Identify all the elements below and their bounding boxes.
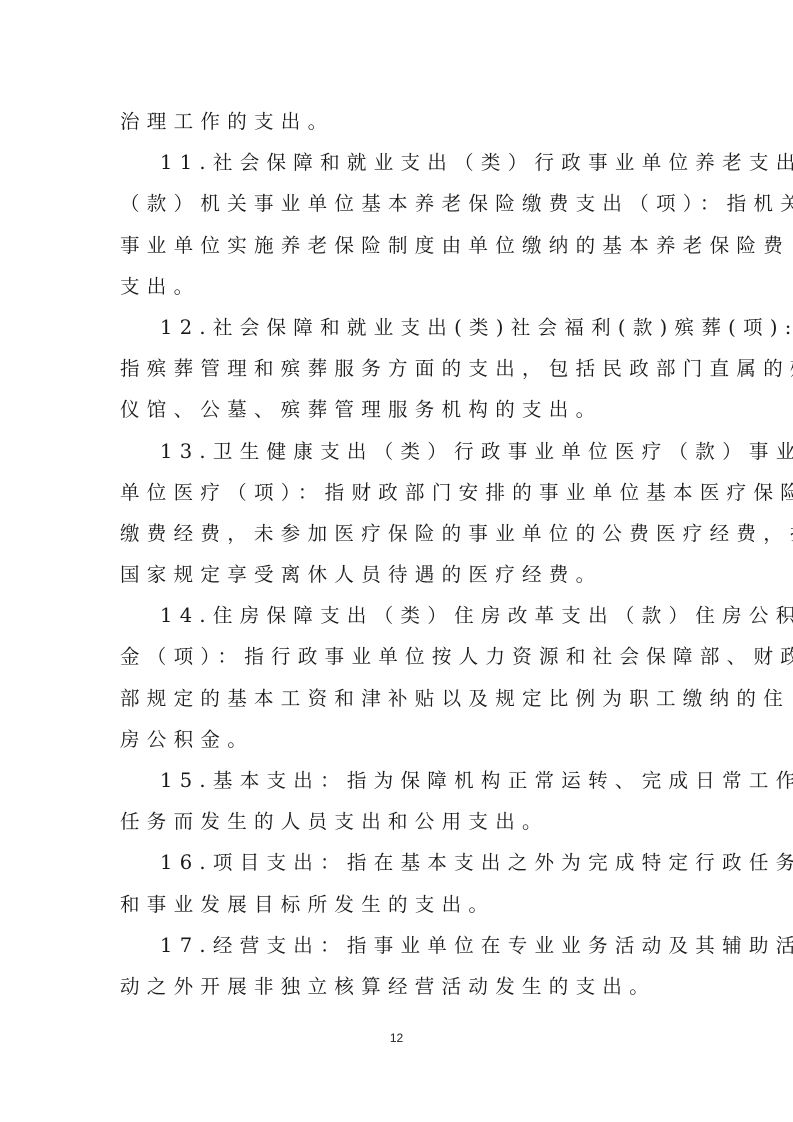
item-14-heading-line: 14.住房保障支出（类）住房改革支出（款）住房公积 — [120, 595, 676, 636]
item-15-heading-line: 15.基本支出：指为保障机构正常运转、完成日常工作 — [120, 760, 676, 801]
text-line: 动之外开展非独立核算经营活动发生的支出。 — [120, 966, 676, 1007]
item-13-heading-line: 13.卫生健康支出（类）行政事业单位医疗（款）事业 — [120, 431, 676, 472]
document-page: 治理工作的支出。 11.社会保障和就业支出（类）行政事业单位养老支出 （款）机关… — [0, 0, 793, 1122]
text-line: 金（项）：指行政事业单位按人力资源和社会保障部、财政 — [120, 636, 676, 677]
item-11-heading-line: 11.社会保障和就业支出（类）行政事业单位养老支出 — [120, 142, 676, 183]
text-line: 仪馆、公墓、殡葬管理服务机构的支出。 — [120, 389, 676, 430]
text-line: 国家规定享受离休人员待遇的医疗经费。 — [120, 554, 676, 595]
text-line: 事业单位实施养老保险制度由单位缴纳的基本养老保险费 — [120, 225, 676, 266]
text-line: 指殡葬管理和殡葬服务方面的支出，包括民政部门直属的殡 — [120, 348, 676, 389]
text-line: 部规定的基本工资和津补贴以及规定比例为职工缴纳的住 — [120, 678, 676, 719]
page-number: 12 — [0, 1031, 793, 1045]
item-16-heading-line: 16.项目支出：指在基本支出之外为完成特定行政任务 — [120, 842, 676, 883]
text-line: 任务而发生的人员支出和公用支出。 — [120, 801, 676, 842]
text-line: 单位医疗（项）：指财政部门安排的事业单位基本医疗保险 — [120, 472, 676, 513]
body-text: 治理工作的支出。 11.社会保障和就业支出（类）行政事业单位养老支出 （款）机关… — [120, 101, 676, 1007]
text-line: （款）机关事业单位基本养老保险缴费支出（项）：指机关 — [120, 183, 676, 224]
item-12-heading-line: 12.社会保障和就业支出(类)社会福利(款)殡葬(项): — [120, 307, 676, 348]
item-17-heading-line: 17.经营支出：指事业单位在专业业务活动及其辅助活 — [120, 925, 676, 966]
text-line: 缴费经费，未参加医疗保险的事业单位的公费医疗经费，按 — [120, 513, 676, 554]
text-line: 房公积金。 — [120, 719, 676, 760]
text-line: 支出。 — [120, 266, 676, 307]
text-line: 治理工作的支出。 — [120, 101, 676, 142]
text-line: 和事业发展目标所发生的支出。 — [120, 884, 676, 925]
